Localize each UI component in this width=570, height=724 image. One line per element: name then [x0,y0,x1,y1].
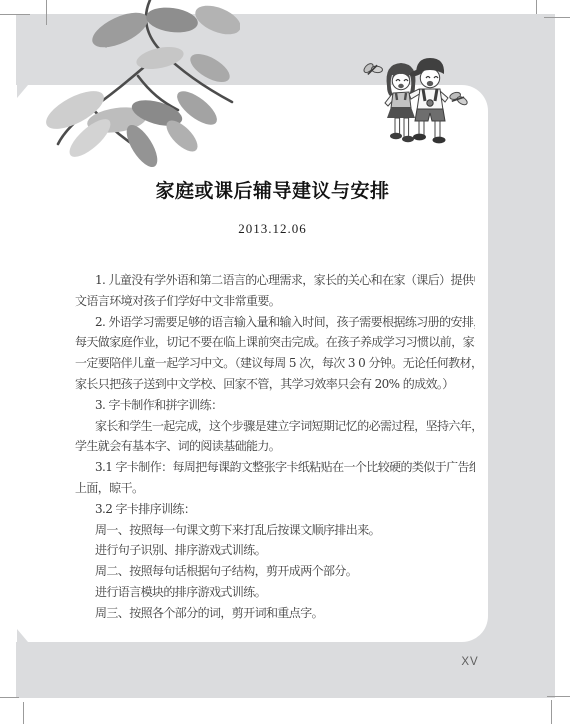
body-line: 家长只把孩子送到中文学校、回家不管，其学习效率只会有 20% 的成效。） [75,374,475,395]
frame-tip-bottom [17,629,28,642]
body-line: 一定要陪伴儿童一起学习中文。（建议每周 5 次，每次 3 0 分钟。无论任何教材… [75,353,475,374]
crop-mark [23,702,24,724]
body-line: 上面，晾干。 [75,478,475,499]
children-walking-illustration [356,50,478,156]
body-line: 3. 字卡制作和拼字训练： [75,395,475,416]
crop-mark [551,700,552,724]
boy-figure [409,58,448,143]
body-text: 1. 儿童没有学外语和第二语言的心理需求，家长的关心和在家（课后）提供中文语言环… [75,270,475,624]
body-line: 进行句子识别、排序游戏式训练。 [75,540,475,561]
body-line: 周一、按照每一句课文剪下来打乱后按课文顺序排出来。 [75,520,475,541]
document-date: 2013.12.06 [60,221,485,237]
body-line: 2. 外语学习需要足够的语言输入量和输入时间，孩子需要根据练习册的安排， [75,312,475,333]
body-line: 学生就会有基本字、词的阅读基础能力。 [75,436,475,457]
crop-mark [544,17,570,18]
body-line: 3.2 字卡排序训练： [75,499,475,520]
body-line: 3.1 字卡制作：每周把每课韵文整张字卡纸粘贴在一个比较硬的类似于广告纸 [75,457,475,478]
body-line: 周二、按照每句话根据句子结构，剪开成两个部分。 [75,561,475,582]
body-line: 周三、按照各个部分的词，剪开词和重点字。 [75,603,475,624]
butterfly-icon [361,60,384,77]
crop-mark [536,0,537,14]
body-line: 文语言环境对孩子们学好中文非常重要。 [75,291,475,312]
body-line: 进行语言模块的排序游戏式训练。 [75,582,475,603]
page-title: 家庭或课后辅导建议与安排 [60,176,485,203]
book-page: 家庭或课后辅导建议与安排 2013.12.06 1. 儿童没有学外语和第二语言的… [0,0,570,724]
crop-mark [0,697,19,698]
page-number: XV [450,656,490,668]
body-line: 每天做家庭作业，切记不要在临上课前突击完成。在孩子养成学习习惯以前，家长 [75,332,475,353]
body-line: 家长和学生一起完成，这个步骤是建立字词短期记忆的必需过程，坚持六年， [75,416,475,437]
branch-leaves-illustration [20,0,240,172]
crop-mark [547,696,570,697]
body-line: 1. 儿童没有学外语和第二语言的心理需求，家长的关心和在家（课后）提供中 [75,270,475,291]
butterfly-icon [447,89,470,107]
